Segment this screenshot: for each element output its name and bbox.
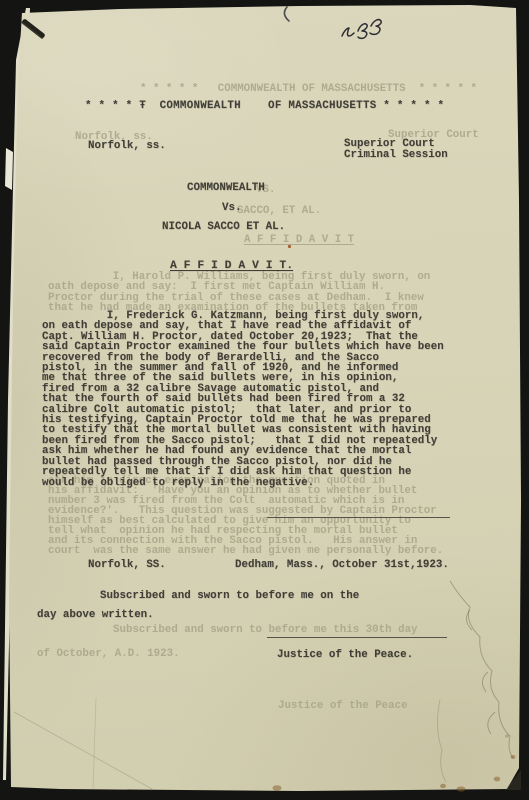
caption-party-plaintiff: COMMONWEALTH [187, 183, 265, 193]
jurat-statement-line1: Subscribed and sworn to before me on the [100, 591, 359, 601]
caption-versus: Vs. [222, 203, 241, 213]
ghost-signer-caption: Justice of the Peace [278, 701, 408, 711]
affidavit-title: A F F I D A V I T. [170, 261, 293, 271]
header-line: * * * * Ŧ COMMONWEALTH OF MASSACHUSETTS … [85, 101, 444, 111]
ghost-header-line: * * * * * COMMONWEALTH OF MASSACHUSETTS … [140, 84, 477, 94]
caption-party-defendant: NICOLA SACCO ET AL. [162, 222, 285, 232]
venue: Norfolk, ss. [88, 141, 166, 151]
ghost-intro-paragraph: I, Harold P. Williams, being first duly … [48, 272, 430, 314]
ghost-jurat-line1: Subscribed and sworn to before me this 3… [113, 625, 418, 635]
ghost-affidavit-title: A F F I D A V I T [244, 235, 354, 245]
ghost-party-defendant: SACCO, ET AL. [237, 206, 321, 216]
ghost-jurat-line2: of October, A.D. 1923. [37, 649, 180, 659]
court-designation: Superior Court Criminal Session [344, 139, 448, 162]
jurat-venue: Norfolk, SS. [88, 560, 166, 570]
affidavit-body: I, Frederick G. Katzmann, being first du… [42, 311, 444, 488]
signer-caption: Justice of the Peace. [277, 650, 413, 660]
signature-line-justice [267, 637, 447, 638]
jurat-statement-line2: day above written. [37, 610, 154, 620]
signature-line-deponent [267, 517, 450, 518]
affidavit-page: * * * * * COMMONWEALTH OF MASSACHUSETTS … [0, 0, 529, 800]
jurat-dateline: Dedham, Mass., October 31st,1923. [235, 560, 449, 570]
photographed-document: * * * * * COMMONWEALTH OF MASSACHUSETTS … [0, 0, 529, 800]
